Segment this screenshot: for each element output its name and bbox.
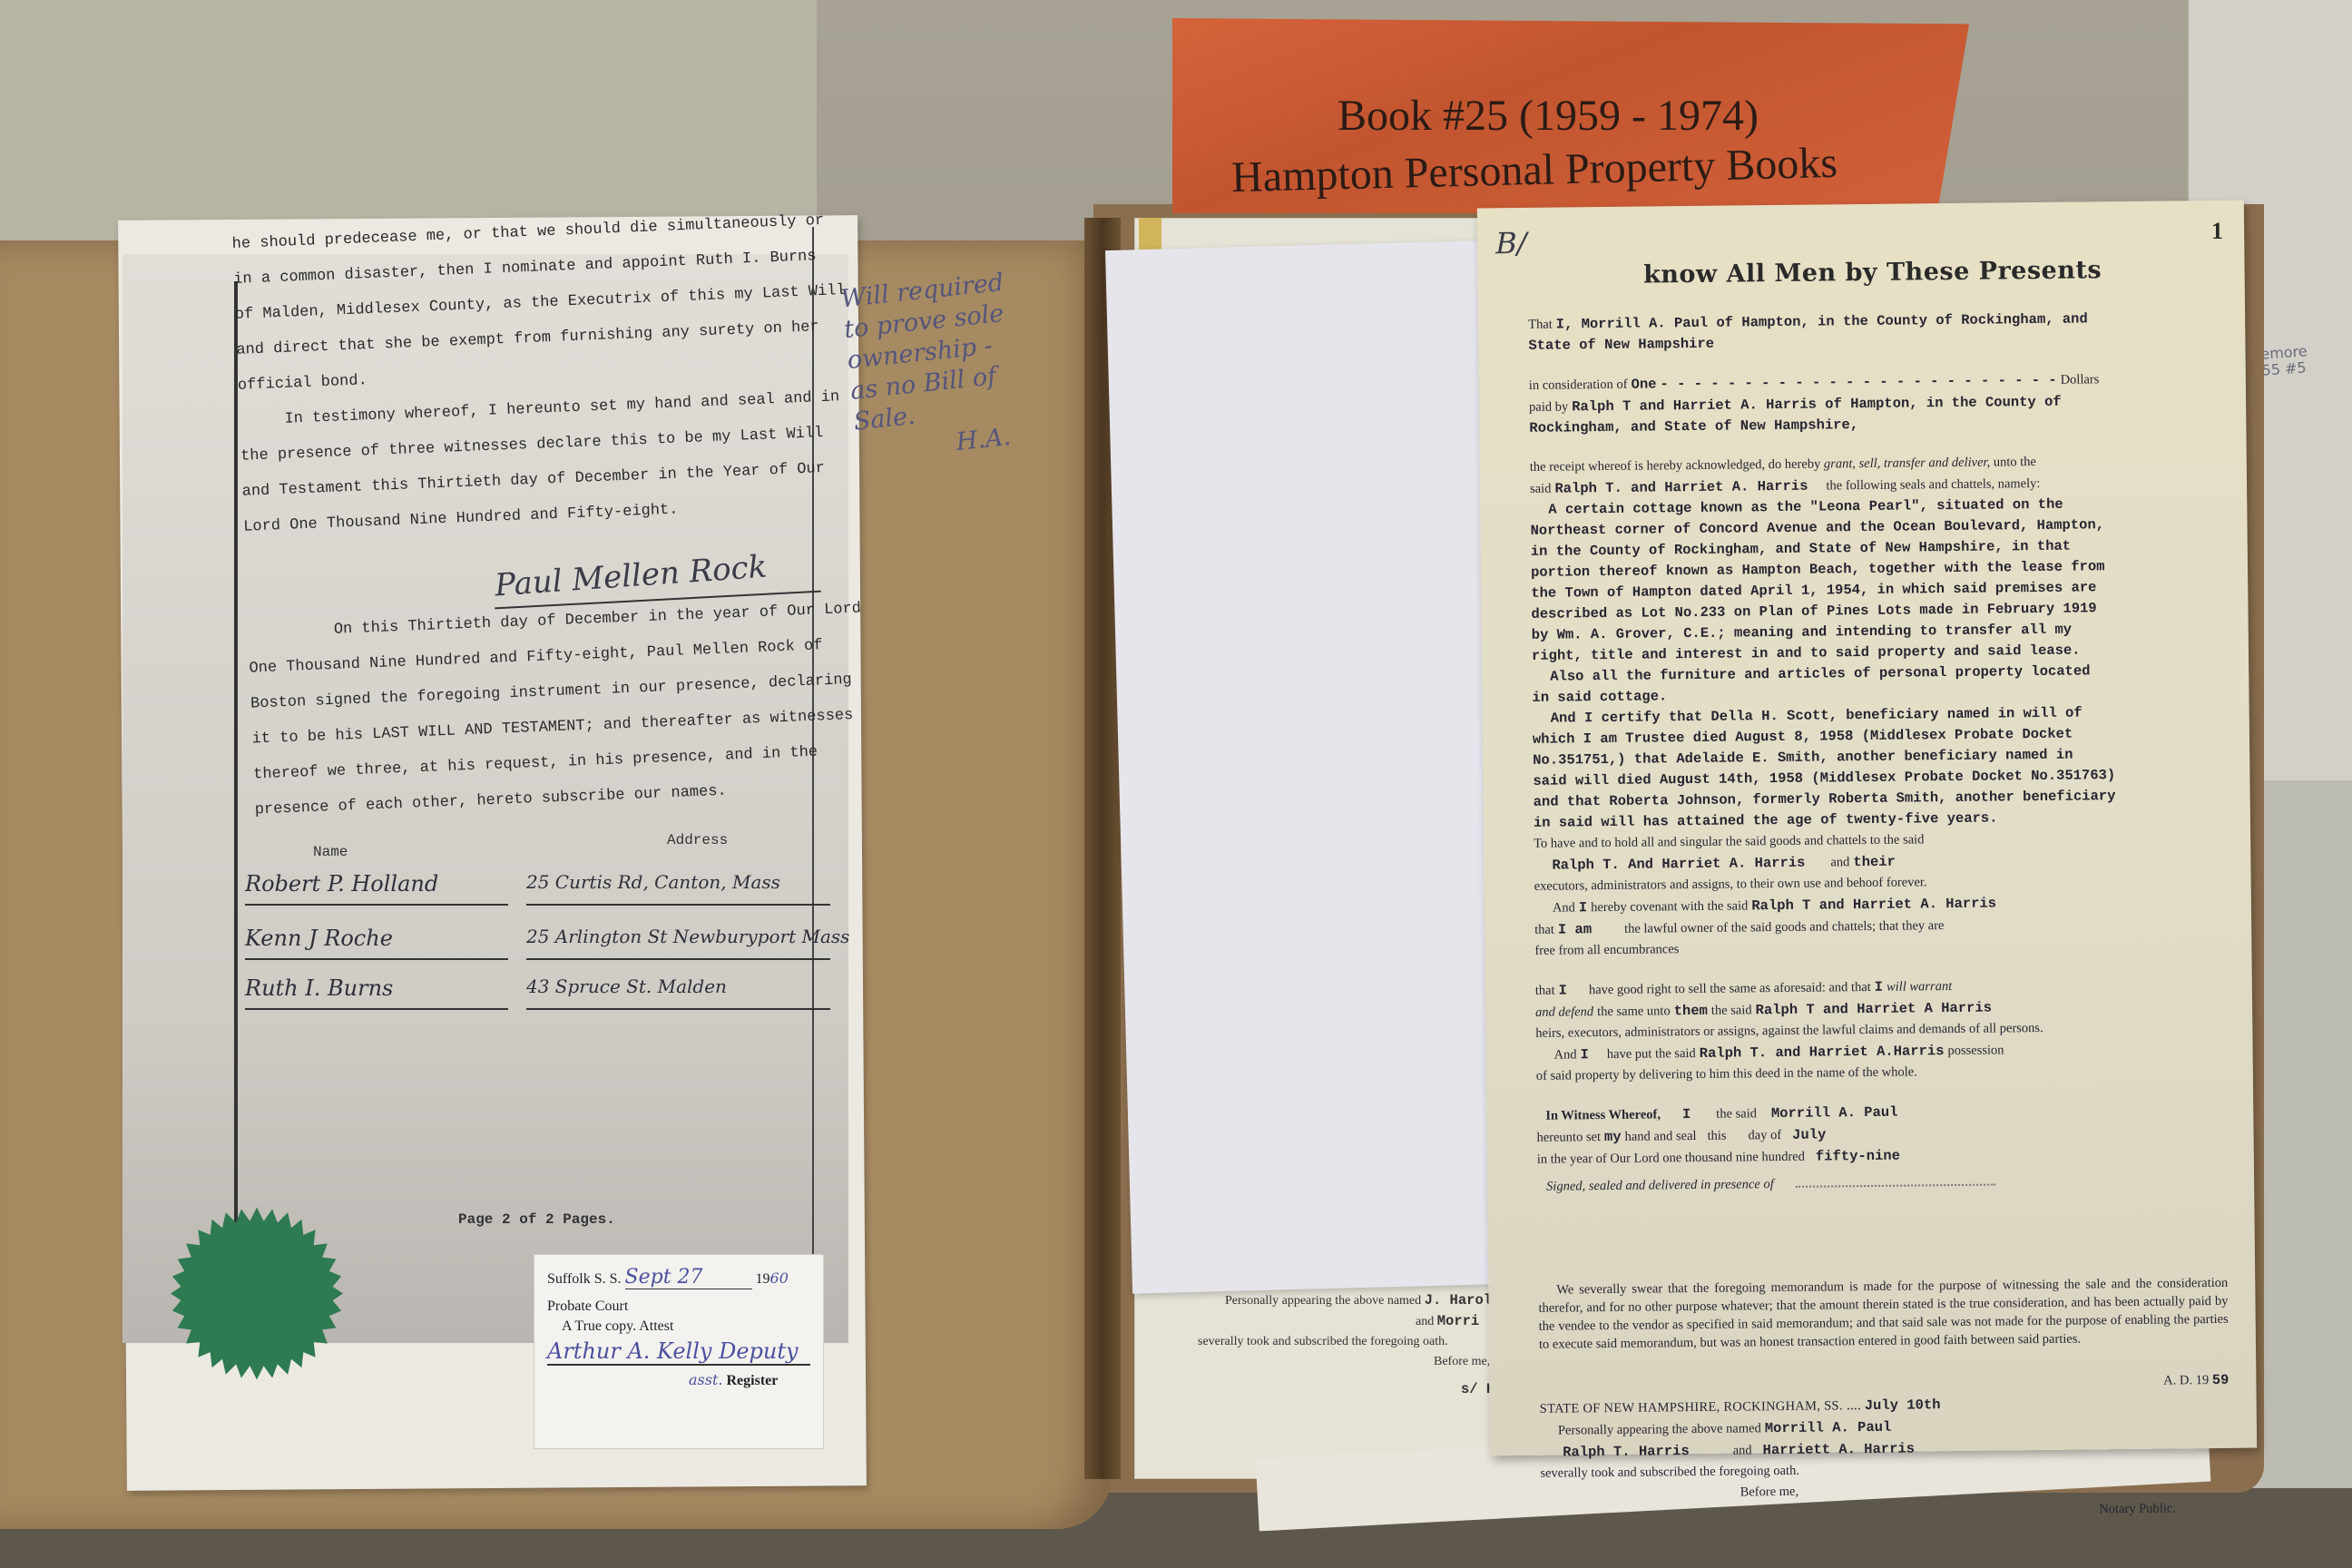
- book-page-number: 1: [2211, 218, 2223, 245]
- stamp-date: Sept 27: [625, 1266, 752, 1289]
- register-label: Register: [726, 1373, 778, 1388]
- margin-handwritten-note: Will required to prove sole ownership - …: [839, 260, 1084, 468]
- witness-address: 43 Spruce St. Malden: [526, 975, 830, 1010]
- deed-title: know All Men by These Presents: [1527, 255, 2217, 290]
- witness-name: Ruth I. Burns: [245, 975, 508, 1010]
- bill-of-sale-deed: B/ know All Men by These Presents That I…: [1477, 201, 2257, 1456]
- notary-label: Notary Public.: [1541, 1500, 2230, 1524]
- deed-property-description: A certain cottage known as the "Leona Pe…: [1530, 495, 2223, 832]
- notary-seal-icon: [171, 1205, 343, 1382]
- deed-year: fifty-nine: [1816, 1148, 1900, 1165]
- deed-corner-mark: B/: [1495, 226, 1527, 260]
- label-book-number: Book #25 (1959 - 1974): [1172, 91, 1924, 141]
- label-book-title: Hampton Personal Property Books: [1171, 136, 1896, 203]
- stamp-year-suffix: 60: [770, 1269, 789, 1287]
- stamp-attest: A True copy. Attest: [562, 1318, 673, 1335]
- witness-address: 25 Curtis Rd, Canton, Mass: [526, 871, 830, 906]
- witness-address: 25 Arlington St Newburyport Mass: [526, 926, 830, 960]
- witness-row: Robert P. Holland 25 Curtis Rd, Canton, …: [240, 871, 830, 907]
- witness-name-header: Name: [313, 844, 348, 860]
- will-left-rule: [234, 281, 238, 1352]
- oath-date: July 10th: [1865, 1396, 1941, 1414]
- witness-row: Kenn J Roche 25 Arlington St Newburyport…: [240, 926, 830, 962]
- witness-name: Robert P. Holland: [245, 871, 508, 906]
- side-pencil-note: emore 55 #5: [2260, 343, 2309, 378]
- witness-address-header: Address: [667, 832, 728, 848]
- deed-buyers: Ralph T and Harriet A. Harris of Hampton…: [1572, 394, 2062, 416]
- deed-month: July: [1792, 1126, 1826, 1142]
- deed-oath-paragraph: We severally swear that the foregoing me…: [1538, 1274, 2229, 1354]
- witness-row: Ruth I. Burns 43 Spruce St. Malden: [240, 975, 830, 1012]
- book-label-sign: Book #25 (1959 - 1974) Hampton Personal …: [1172, 18, 1969, 213]
- deed-consideration: One: [1632, 376, 1657, 392]
- probate-court-stamp: Suffolk S. S. Sept 27 1960 Probate Court…: [534, 1254, 824, 1449]
- stamp-county: Suffolk S. S.: [547, 1271, 622, 1287]
- stamp-year-prefix: 19: [756, 1271, 770, 1287]
- blank-white-sheet: [1105, 240, 1541, 1293]
- stamp-court: Probate Court: [547, 1298, 628, 1315]
- page-count-label: Page 2 of 2 Pages.: [458, 1211, 615, 1228]
- register-signature: Arthur A. Kelly Deputy: [547, 1338, 810, 1366]
- witness-name: Kenn J Roche: [245, 926, 508, 960]
- will-body-text: he should predecease me, or that we shou…: [231, 203, 845, 828]
- register-note: asst.: [689, 1371, 722, 1388]
- deed-grantor: I, Morrill A. Paul of Hampton, in the Co…: [1556, 310, 2088, 332]
